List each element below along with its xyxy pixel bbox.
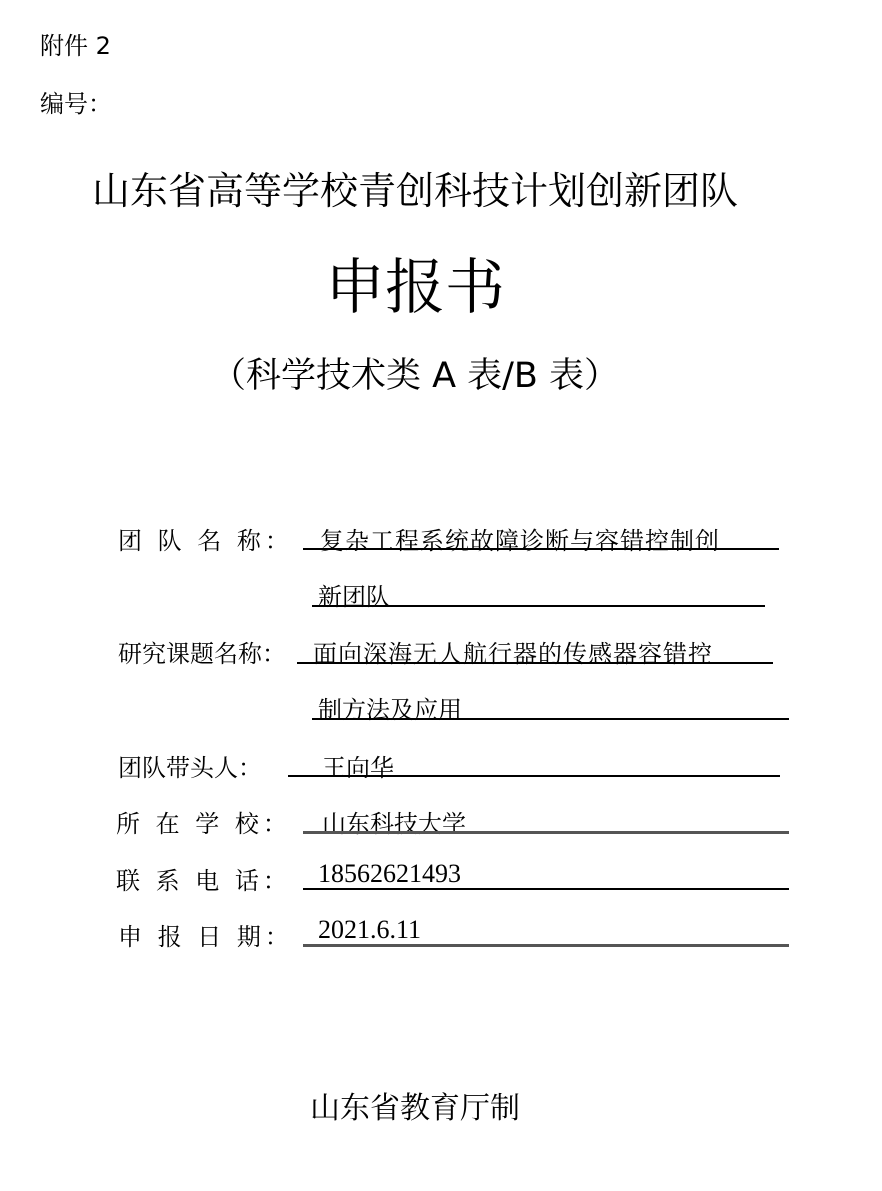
team-leader-label: 团队带头人： [118, 748, 262, 783]
team-name-underline-cont [312, 605, 765, 607]
team-name-underline [303, 548, 779, 550]
date-value: 2021.6.11 [318, 915, 421, 945]
document-subtitle: （科学技术类 A 表/B 表） [0, 348, 830, 398]
research-topic-underline [297, 662, 773, 664]
serial-number-label: 编号： [40, 84, 112, 119]
document-title: 山东省高等学校青创科技计划创新团队 [0, 160, 830, 215]
research-topic-underline-cont [312, 718, 789, 720]
phone-label: 联 系 电 话： [116, 861, 291, 896]
phone-value: 18562621493 [318, 859, 461, 889]
school-underline [303, 831, 789, 834]
issuer-footer: 山东省教育厅制 [0, 1083, 830, 1127]
team-name-label: 团 队 名 称： [118, 521, 293, 556]
phone-underline [303, 888, 789, 890]
date-underline [303, 944, 789, 947]
attachment-label: 附件 2 [40, 26, 111, 61]
team-name-value: 复杂工程系统故障诊断与容错控制创 [320, 521, 720, 556]
research-topic-label: 研究课题名称： [118, 634, 286, 669]
document-main-title: 申报书 [0, 240, 830, 326]
school-label: 所 在 学 校： [116, 804, 291, 839]
team-leader-value: 王向华 [322, 748, 394, 783]
team-leader-underline [288, 775, 780, 777]
date-label: 申 报 日 期： [118, 917, 293, 952]
